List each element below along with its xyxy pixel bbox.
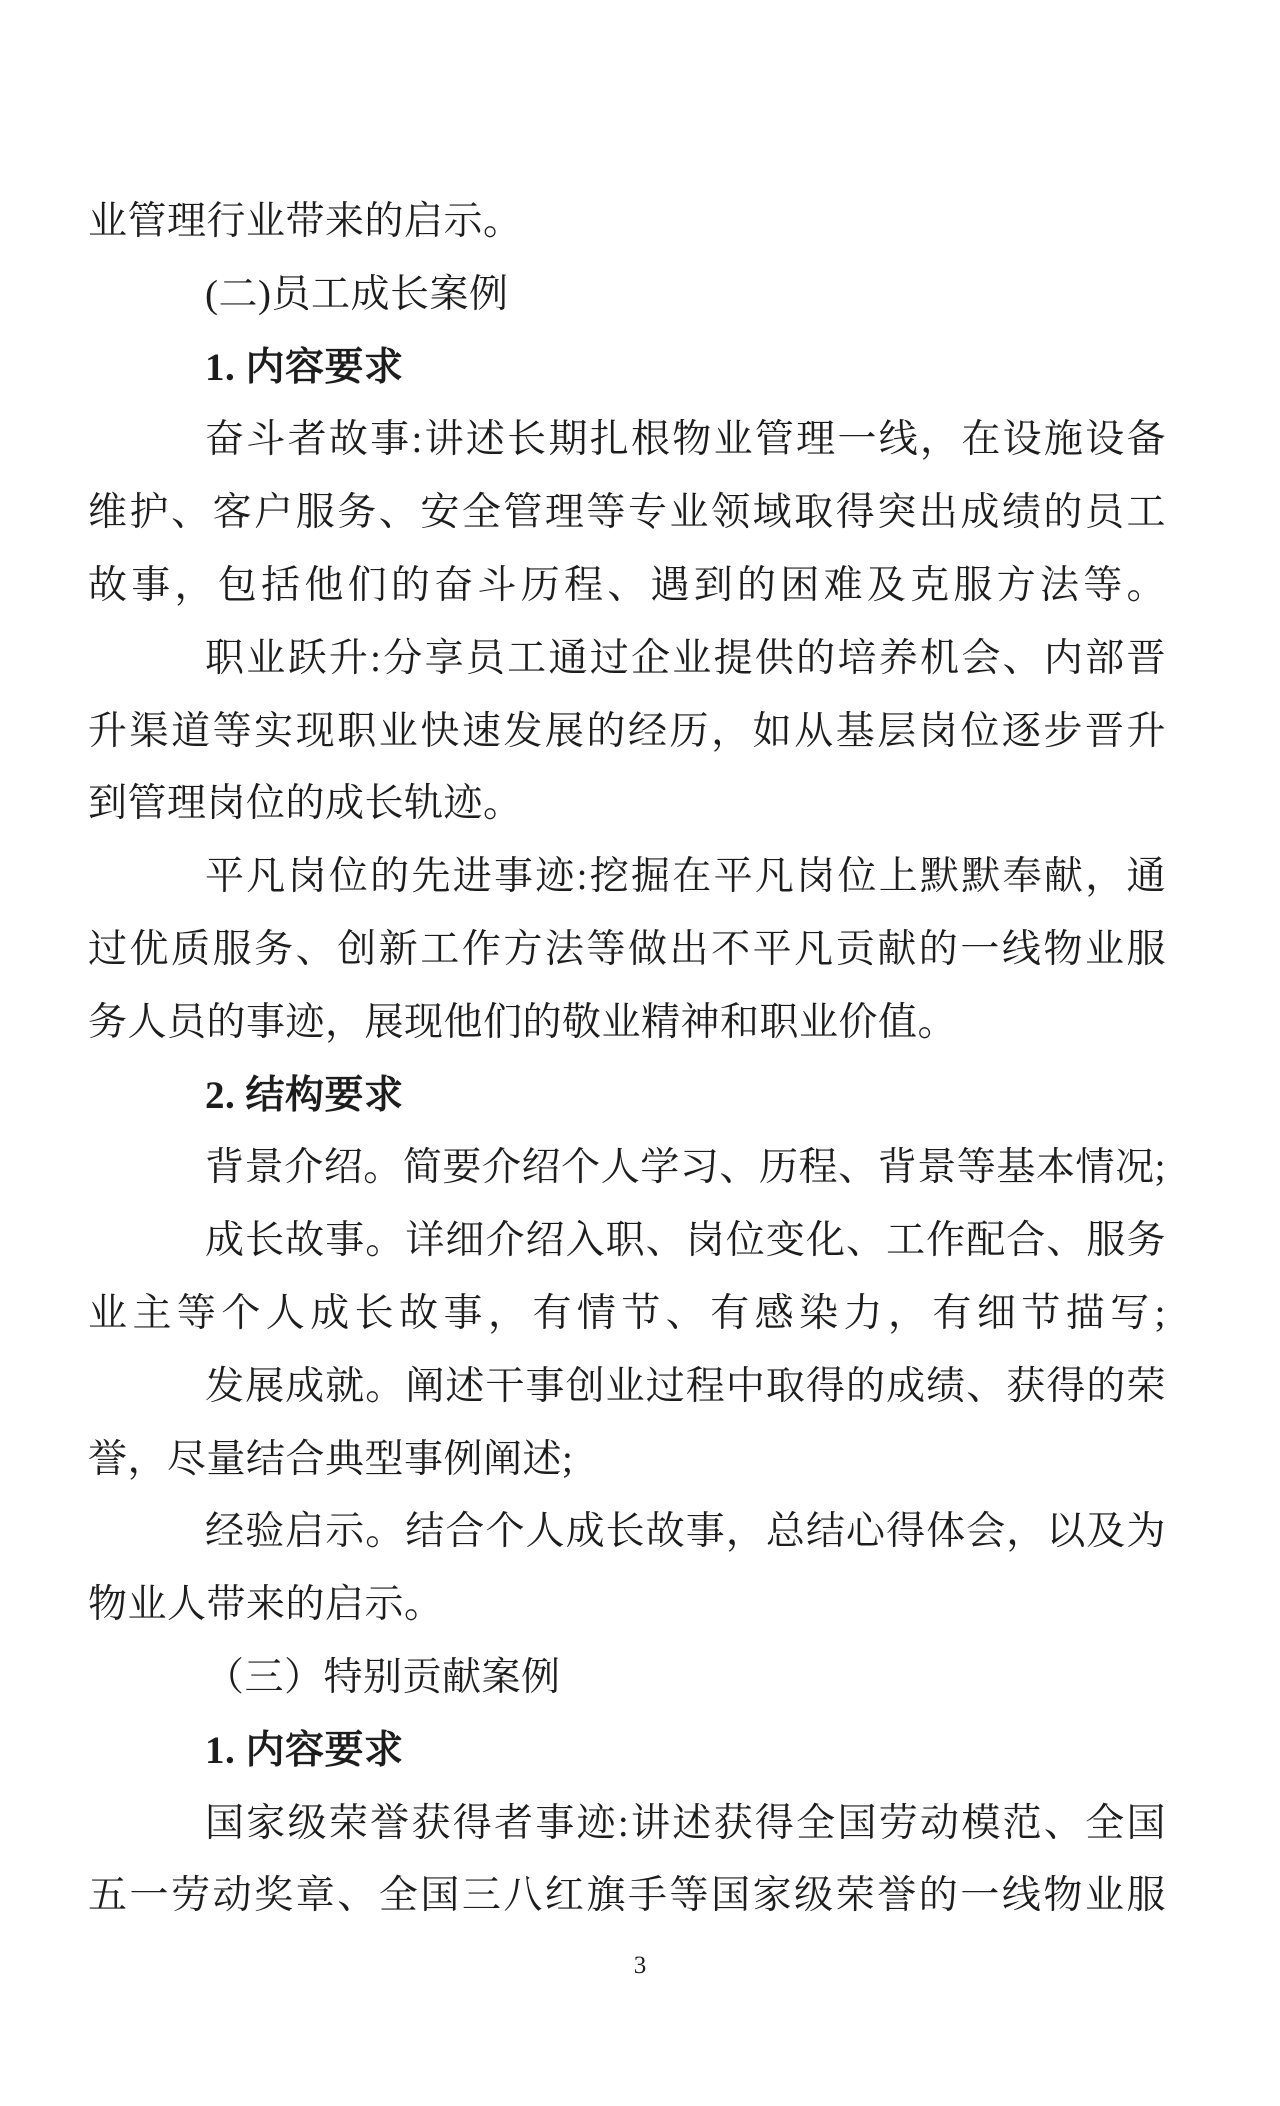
- text-line: 维护、客户服务、安全管理等专业领域取得突出成绩的员工: [88, 477, 1166, 550]
- text-line: 平凡岗位的先进事迹:挖掘在平凡岗位上默默奉献，通: [88, 841, 1166, 914]
- text-line: 过优质服务、创新工作方法等做出不平凡贡献的一线物业服: [88, 914, 1166, 987]
- text-line: 到管理岗位的成长轨迹。: [88, 768, 1166, 841]
- document-page: 业管理行业带来的启示。 (二)员工成长案例 1. 内容要求 奋斗者故事:讲述长期…: [88, 186, 1166, 1933]
- text-line: 奋斗者故事:讲述长期扎根物业管理一线，在设施设备: [88, 404, 1166, 477]
- text-line: 国家级荣誉获得者事迹:讲述获得全国劳动模范、全国: [88, 1788, 1166, 1861]
- section-heading: (二)员工成长案例: [88, 259, 1166, 332]
- text-line: 五一劳动奖章、全国三八红旗手等国家级荣誉的一线物业服: [88, 1860, 1166, 1933]
- text-line: 务人员的事迹，展现他们的敬业精神和职业价值。: [88, 987, 1166, 1060]
- subsection-heading: 1. 内容要求: [88, 1715, 1166, 1788]
- text-line: 职业跃升:分享员工通过企业提供的培养机会、内部晋: [88, 623, 1166, 696]
- text-line: 誉，尽量结合典型事例阐述;: [88, 1424, 1166, 1497]
- text-line: 经验启示。结合个人成长故事，总结心得体会，以及为: [88, 1496, 1166, 1569]
- section-heading: （三）特别贡献案例: [88, 1642, 1166, 1715]
- subsection-heading: 1. 内容要求: [88, 332, 1166, 405]
- subsection-heading: 2. 结构要求: [88, 1060, 1166, 1133]
- text-line: 业管理行业带来的启示。: [88, 186, 1166, 259]
- text-line: 成长故事。详细介绍入职、岗位变化、工作配合、服务: [88, 1205, 1166, 1278]
- text-line: 故事，包括他们的奋斗历程、遇到的困难及克服方法等。: [88, 550, 1166, 623]
- text-line: 升渠道等实现职业快速发展的经历，如从基层岗位逐步晋升: [88, 696, 1166, 769]
- text-line: 发展成就。阐述干事创业过程中取得的成绩、获得的荣: [88, 1351, 1166, 1424]
- text-line: 物业人带来的启示。: [88, 1569, 1166, 1642]
- page-number: 3: [0, 1948, 1280, 1984]
- text-line: 背景介绍。简要介绍个人学习、历程、背景等基本情况;: [88, 1132, 1166, 1205]
- text-line: 业主等个人成长故事，有情节、有感染力，有细节描写;: [88, 1278, 1166, 1351]
